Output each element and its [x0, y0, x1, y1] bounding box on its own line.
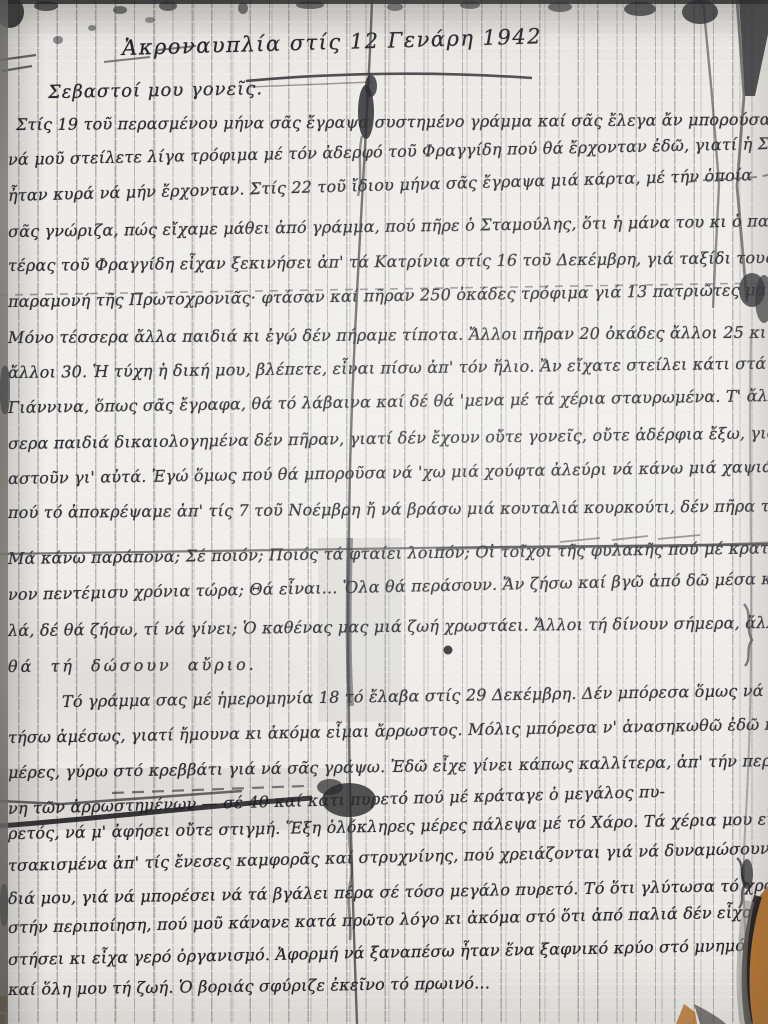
left-edge-blot: [0, 884, 8, 926]
handwriting-line: θά τή δώσουν αὔριο.: [8, 655, 257, 676]
left-binding-shadow: [0, 0, 8, 1024]
letter-salutation: Σεβαστοί μου γονεῖς.: [48, 78, 263, 103]
left-edge-blot: [0, 366, 10, 414]
scanned-letter-page: Ἀκροναυπλία στίς 12 Γενάρη 1942 Σεβαστοί…: [0, 0, 768, 1024]
